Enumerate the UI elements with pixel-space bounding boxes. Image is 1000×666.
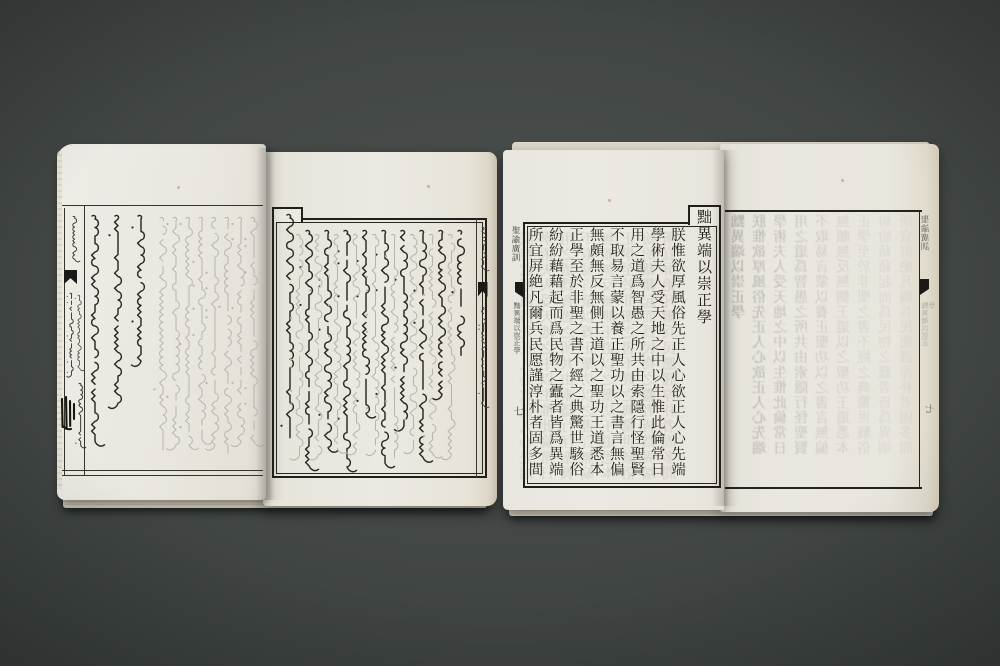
manchu-showthrough-column (442, 234, 455, 459)
text-column: 朕惟欲厚風俗先正人心欲正人心先端 (668, 227, 688, 483)
text-column: 所宜屏絶凡爾兵民愿謹淳朴者固多間 (898, 214, 919, 478)
right-book-right-page: 聖諭廣訓 黜異端以崇正學 七 黜異端以崇正學朕惟欲厚風俗先正人心欲正人心先端學術… (720, 144, 939, 512)
manchu-column (451, 230, 464, 355)
manchu-showthrough-column (404, 234, 417, 453)
text-column: 黜異端以崇正學 (730, 214, 751, 478)
text-column: 學術夫人受天地之中以生惟此倫常日 (647, 227, 667, 483)
manchu-showthrough-column (205, 217, 218, 450)
manchu-showthrough-column (218, 217, 231, 453)
text-column: 不取易言蒙以養正聖功以之書言無偏 (814, 214, 835, 478)
text-column: 正學至於非聖之書不經之典驚世駭俗 (856, 214, 877, 478)
fishtail-mark (920, 279, 929, 295)
manchu-column (356, 230, 375, 418)
text-column: 學術夫人受天地之中以生惟此倫常日 (772, 214, 793, 478)
text-column: 朕惟欲厚風俗先正人心欲正人心先端 (751, 214, 772, 478)
left-book-left-page (57, 144, 266, 500)
text-column: 紛紛藉藉起而爲民物之蠹者皆爲異端 (877, 214, 898, 478)
banxin-manchu-column (478, 307, 489, 407)
text-column: 無頗無反無側王道以之聖功王道悉本 (835, 214, 856, 478)
frame-top-rule (725, 210, 922, 212)
manchu-column (433, 230, 446, 399)
text-column: 不取易言蒙以養正聖功以之書言無偏 (607, 227, 627, 483)
manchu-showthrough-column (153, 217, 166, 450)
manchu-column (92, 215, 105, 446)
text-column: 所宜屏絶凡爾兵民愿謹淳朴者固多間 (525, 227, 545, 483)
manchu-showthrough-column (166, 217, 179, 450)
right-book-left-page: 聖諭廣訓 黜異端以崇正學 七 黜異端以崇正學 朕惟欲厚風俗先正人心欲正人心先端學… (503, 150, 724, 510)
chinese-text-columns: 朕惟欲厚風俗先正人心欲正人心先端學術夫人受天地之中以生惟此倫常日用之道爲智愚之所… (525, 227, 688, 483)
frame-bottom-rule (725, 487, 922, 489)
manchu-showthrough-column (290, 234, 303, 460)
manchu-showthrough-column (328, 234, 347, 453)
text-column: 紛紛藉藉起而爲民物之蠹者皆爲異端 (545, 227, 565, 483)
manchu-column (131, 215, 144, 366)
showthrough-text-columns: 黜異端以崇正學朕惟欲厚風俗先正人心欲正人心先端學術夫人受天地之中以生惟此倫常日用… (730, 214, 920, 478)
manchu-showthrough-column (179, 217, 198, 449)
foxing-spot (841, 179, 844, 182)
banxin-manchu-text-svg (477, 304, 488, 414)
manchu-showthrough-column (366, 234, 379, 455)
right-book-chinese-volume: 聖諭廣訓 黜異端以崇正學 七 黜異端以崇正學朕惟欲厚風俗先正人心欲正人心先端學術… (502, 142, 939, 522)
foxing-spot (427, 185, 430, 188)
text-column: 無頗無反無側王道以之聖功王道悉本 (586, 227, 606, 483)
showthrough-book-title: 聖諭廣訓 (921, 215, 935, 275)
photo-of-two-open-books: 聖諭廣訓 黜異端以崇正學 七 黜異端以崇正學朕惟欲厚風俗先正人心欲正人心先端學術… (0, 0, 1000, 666)
left-book-right-page (263, 152, 497, 506)
text-column: 正學至於非聖之書不經之典驚世駭俗 (566, 227, 586, 483)
showthrough-leaf-number: 七 (923, 404, 936, 413)
foxing-spot (608, 199, 611, 202)
manchu-column (108, 215, 121, 408)
manchu-text-svg (57, 205, 266, 478)
manchu-showthrough-column (231, 217, 244, 446)
banxin-manchu-text-svg (477, 224, 488, 276)
chapter-title-column: 黜異端以崇正學 (693, 209, 714, 334)
manchu-showthrough-column (309, 234, 322, 459)
text-column: 用之道爲智愚之所共由索隱行怪聖賢 (793, 214, 814, 478)
showthrough-chapter-title: 黜異端以崇正學 (922, 302, 934, 352)
manchu-text-svg (272, 204, 487, 482)
left-book-manchu-volume (55, 140, 498, 520)
foxing-spot (177, 186, 180, 189)
manchu-showthrough-column (244, 217, 263, 446)
text-column: 用之道爲智愚之所共由索隱行怪聖賢 (627, 227, 647, 483)
manchu-showthrough-column (192, 217, 211, 444)
banxin-manchu-column (482, 227, 489, 270)
